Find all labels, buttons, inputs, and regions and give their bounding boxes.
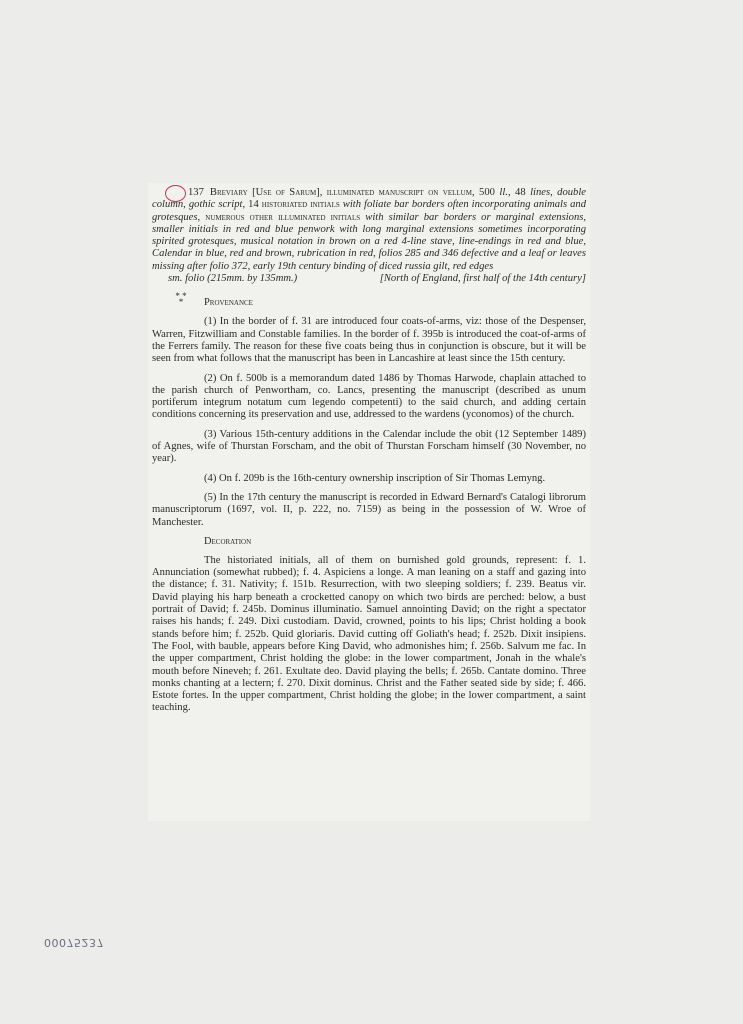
- heading-run: , 48: [508, 187, 530, 198]
- provenance-paragraph-3: (3) Various 15th-century additions in th…: [152, 429, 586, 466]
- heading-run: , 500: [472, 187, 499, 198]
- heading-run: , 14: [243, 199, 262, 210]
- provenance-heading: * ** Provenance: [204, 297, 586, 308]
- decoration-paragraph: The historiated initials, all of them on…: [152, 555, 586, 715]
- entry-heading: 137Breviary [Use of Sarum], illuminated …: [152, 187, 586, 273]
- handwritten-accession-number: 00075237: [44, 936, 104, 949]
- provenance-paragraph-2: (2) On f. 500b is a memorandum dated 148…: [152, 373, 586, 422]
- lot-number: 137: [168, 187, 204, 199]
- provenance-paragraph-1: (1) In the border of f. 31 are introduce…: [152, 316, 586, 365]
- heading-run: historiated initials: [262, 199, 340, 210]
- heading-run: numerous other illuminated initials: [205, 212, 360, 223]
- asterism-icon: * **: [174, 293, 188, 305]
- size: sm. folio (215mm. by 135mm.): [168, 273, 297, 285]
- size-and-origin: sm. folio (215mm. by 135mm.) [North of E…: [152, 273, 586, 285]
- decoration-heading: Decoration: [204, 536, 586, 547]
- entry-description: Breviary [Use of Sarum], illuminated man…: [152, 187, 586, 272]
- provenance-paragraph-5: (5) In the 17th century the manuscript i…: [152, 492, 586, 529]
- heading-run: Breviary [Use of Sarum], illuminated man…: [210, 187, 472, 198]
- heading-run: ll.: [499, 187, 508, 198]
- catalogue-clipping: 137Breviary [Use of Sarum], illuminated …: [148, 183, 590, 821]
- origin: [North of England, first half of the 14t…: [380, 273, 586, 285]
- provenance-paragraph-4: (4) On f. 209b is the 16th-century owner…: [152, 473, 586, 485]
